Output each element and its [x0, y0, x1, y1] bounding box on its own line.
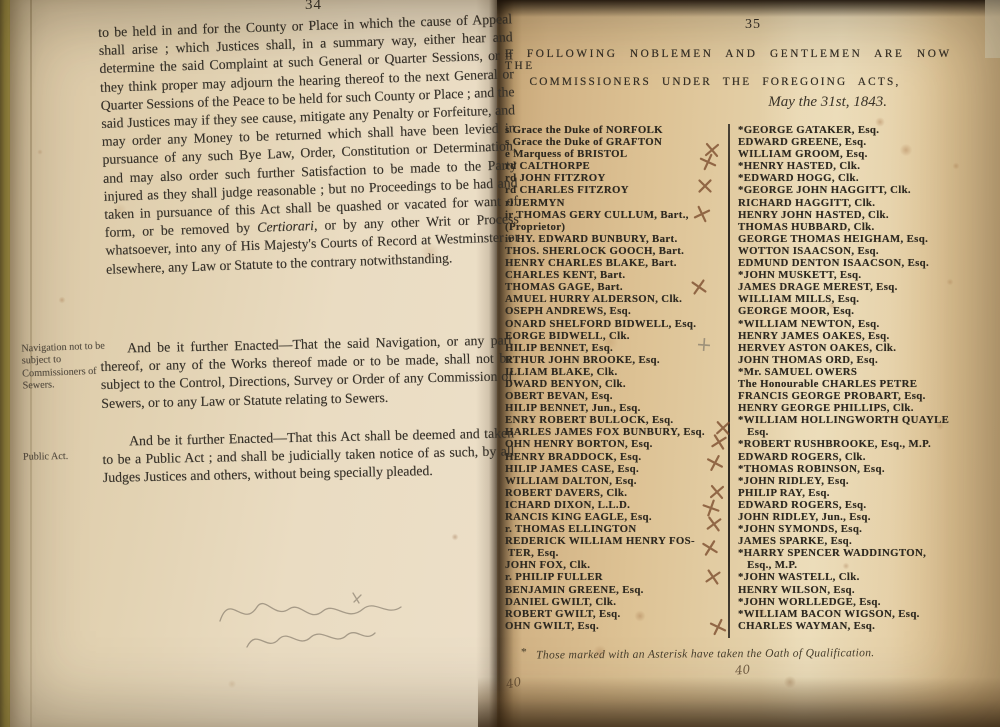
- pencil-x-mark: [708, 456, 722, 470]
- paragraph-text: to be held in and for the County or Plac…: [98, 11, 518, 240]
- paragraph-public-act-clause: And be it further Enacted—That this Act …: [102, 424, 515, 487]
- left-page-number: 34: [305, 0, 322, 14]
- pencil-x-mark: [711, 620, 726, 635]
- italic-term-certiorari: Certiorari: [257, 218, 314, 235]
- left-page: 34 to be held in and for the County or P…: [10, 0, 497, 727]
- book-photograph: 34 to be held in and for the County or P…: [0, 0, 1000, 727]
- pencil-scribble: [205, 583, 445, 673]
- pencil-x-mark: [701, 155, 716, 170]
- margin-note-public-act: Public Act.: [23, 450, 107, 464]
- pencil-x-mark: [716, 421, 730, 435]
- body-paragraph-appeal: to be held in and for the County or Plac…: [98, 10, 520, 278]
- pencil-cross-marks: [497, 0, 1000, 727]
- enactment-paragraphs: And be it further Enacted—That the said …: [100, 331, 515, 507]
- pencil-plus-mark: [698, 338, 711, 352]
- pencil-x-mark: [698, 179, 711, 192]
- pencil-x-mark: [694, 206, 710, 222]
- paragraph-navigation-clause: And be it further Enacted—That the said …: [100, 331, 513, 412]
- right-page: 35 E FOLLOWING NOBLEMEN AND GENTLEMEN AR…: [497, 0, 1000, 727]
- pencil-x-mark: [710, 485, 724, 499]
- pencil-x-mark: [703, 541, 717, 555]
- pencil-x-mark: [707, 517, 722, 532]
- pencil-x-mark: [711, 434, 726, 449]
- pencil-x-mark: [703, 500, 718, 515]
- margin-note-navigation: Navigation not to be subject to Commissi…: [21, 341, 107, 394]
- pencil-x-mark: [706, 570, 721, 585]
- pencil-x-mark: [692, 280, 705, 293]
